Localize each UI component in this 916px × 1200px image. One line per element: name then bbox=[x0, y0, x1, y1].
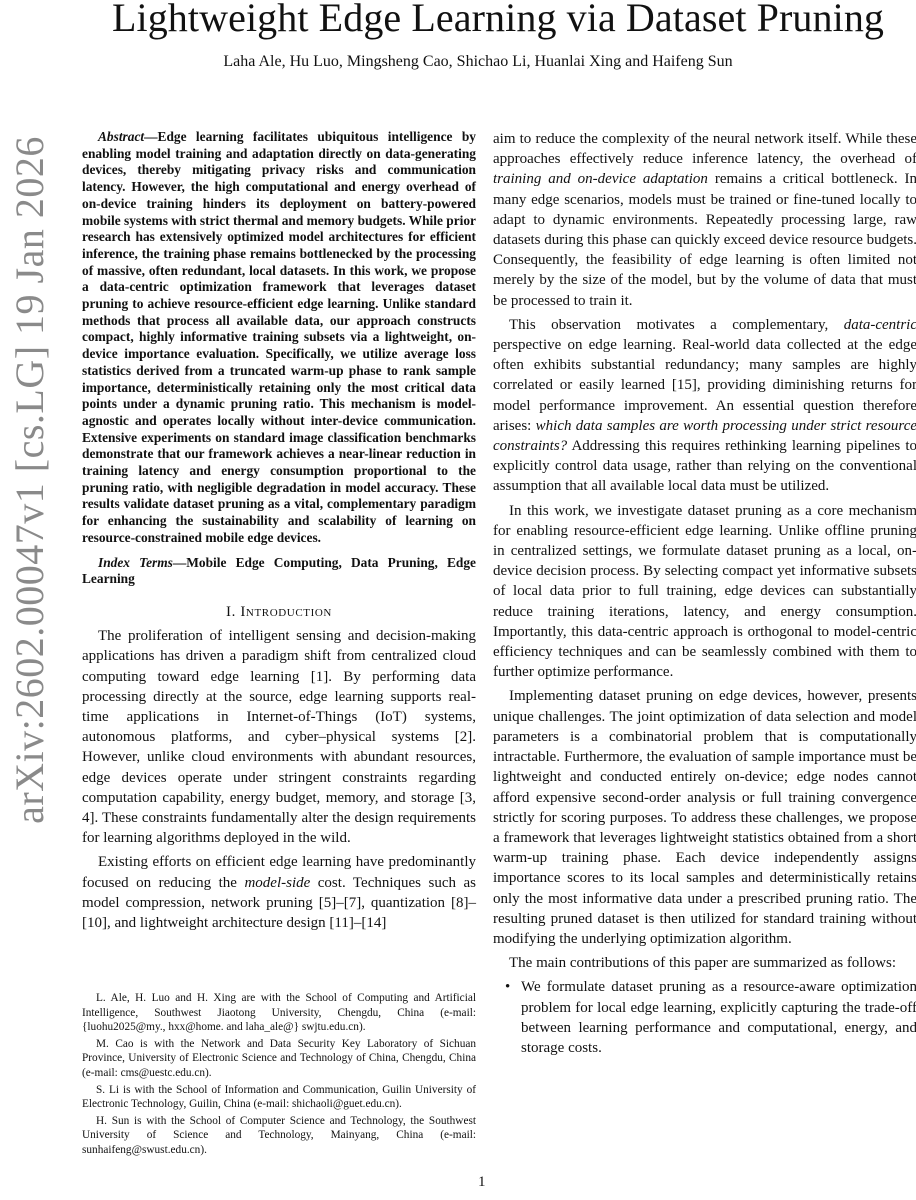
emphasis-text: model-side bbox=[244, 875, 310, 891]
emphasis-text: data-centric bbox=[844, 317, 916, 333]
page-number: 1 bbox=[478, 1174, 486, 1191]
intro-paragraph: aim to reduce the complexity of the neur… bbox=[493, 129, 916, 311]
paragraph-text: This observation motivates a complementa… bbox=[509, 317, 844, 333]
author-list: Laha Ale, Hu Luo, Mingsheng Cao, Shichao… bbox=[40, 52, 916, 72]
right-column: aim to reduce the complexity of the neur… bbox=[493, 129, 916, 1058]
intro-paragraph: The main contributions of this paper are… bbox=[493, 953, 916, 973]
arxiv-sidebar: arXiv:2602.00047v1 [cs.LG] 19 Jan 2026 bbox=[0, 0, 60, 1200]
paragraph-text: remains a critical bottleneck. In many e… bbox=[493, 171, 916, 308]
contributions-list: •We formulate dataset pruning as a resou… bbox=[493, 977, 916, 1058]
arxiv-identifier-stamp: arXiv:2602.00047v1 [cs.LG] 19 Jan 2026 bbox=[0, 110, 60, 850]
contribution-item: •We formulate dataset pruning as a resou… bbox=[493, 977, 916, 1058]
index-terms: Index Terms—Mobile Edge Computing, Data … bbox=[82, 555, 476, 588]
intro-paragraph: In this work, we investigate dataset pru… bbox=[493, 501, 916, 683]
abstract-label: Abstract bbox=[98, 129, 144, 144]
index-terms-dash: — bbox=[173, 555, 186, 570]
intro-paragraph: The proliferation of intelligent sensing… bbox=[82, 626, 476, 848]
footnote: L. Ale, H. Luo and H. Xing are with the … bbox=[82, 991, 476, 1035]
intro-paragraph: Implementing dataset pruning on edge dev… bbox=[493, 686, 916, 949]
author-affiliation-footnotes: L. Ale, H. Luo and H. Xing are with the … bbox=[82, 991, 476, 1160]
bullet-icon: • bbox=[505, 977, 510, 997]
intro-paragraph: This observation motivates a complementa… bbox=[493, 315, 916, 497]
footnote: H. Sun is with the School of Computer Sc… bbox=[82, 1114, 476, 1158]
paper-title: Lightweight Edge Learning via Dataset Pr… bbox=[40, 0, 916, 40]
index-terms-label: Index Terms bbox=[98, 555, 173, 570]
footnote: M. Cao is with the Network and Data Secu… bbox=[82, 1037, 476, 1081]
abstract: Abstract—Edge learning facilitates ubiqu… bbox=[82, 129, 476, 547]
emphasis-text: training and on-device adaptation bbox=[493, 171, 708, 187]
left-column: Abstract—Edge learning facilitates ubiqu… bbox=[82, 129, 476, 937]
section-heading-introduction: I. Introduction bbox=[82, 602, 476, 622]
paragraph-text: aim to reduce the complexity of the neur… bbox=[493, 131, 916, 167]
footnote: S. Li is with the School of Information … bbox=[82, 1083, 476, 1112]
abstract-dash: — bbox=[144, 129, 157, 144]
abstract-text: Edge learning facilitates ubiquitous int… bbox=[82, 129, 476, 545]
contribution-text: We formulate dataset pruning as a resour… bbox=[521, 979, 916, 1056]
intro-paragraph: Existing efforts on efficient edge learn… bbox=[82, 852, 476, 933]
